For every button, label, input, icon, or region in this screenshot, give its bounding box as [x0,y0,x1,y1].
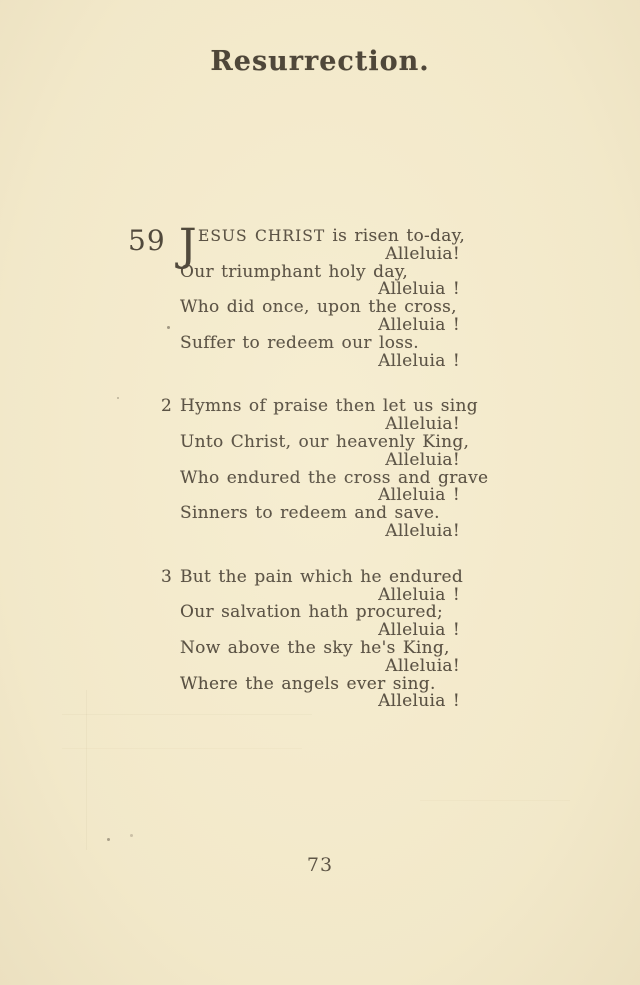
page-number: 73 [0,854,640,876]
bleed-through-line [62,714,312,715]
drop-cap: J [179,224,197,268]
verse-number: 3 [161,569,172,587]
book-page: Resurrection. 59 J ESUS CHRIST is risen … [0,0,640,985]
alleluia-line: Alleluia! [180,523,460,541]
bleed-through-line [62,748,302,749]
verse-3: 3 But the pain which he endured Alleluia… [180,569,460,711]
alleluia-line: Alleluia ! [180,353,460,371]
ink-speck [167,326,170,329]
page-title: Resurrection. [0,46,640,77]
hymn-line: But the pain which he endured [180,569,460,587]
alleluia-line: Alleluia ! [180,693,460,711]
hymn-number: 59 [128,224,166,257]
ink-speck [130,834,133,837]
alleluia-line: Alleluia! [180,658,460,676]
hymn-line: Suffer to redeem our loss. [180,335,460,353]
verse-2: 2 Hymns of praise then let us sing Allel… [180,398,460,540]
bleed-through-line [86,690,87,850]
alleluia-line: Alleluia! [180,452,460,470]
first-words-caps: ESUS CHRIST [198,227,325,245]
first-line-rest: is risen to-day, [325,226,465,246]
bleed-through-line [420,800,570,801]
alleluia-line: Alleluia! [180,246,460,264]
verse-1: J ESUS CHRIST is risen to-day, Alleluia!… [180,228,460,370]
ink-speck [107,838,110,841]
verse-number: 2 [161,398,172,416]
hymn-text: J ESUS CHRIST is risen to-day, Alleluia!… [180,228,460,711]
ink-speck [117,397,119,399]
